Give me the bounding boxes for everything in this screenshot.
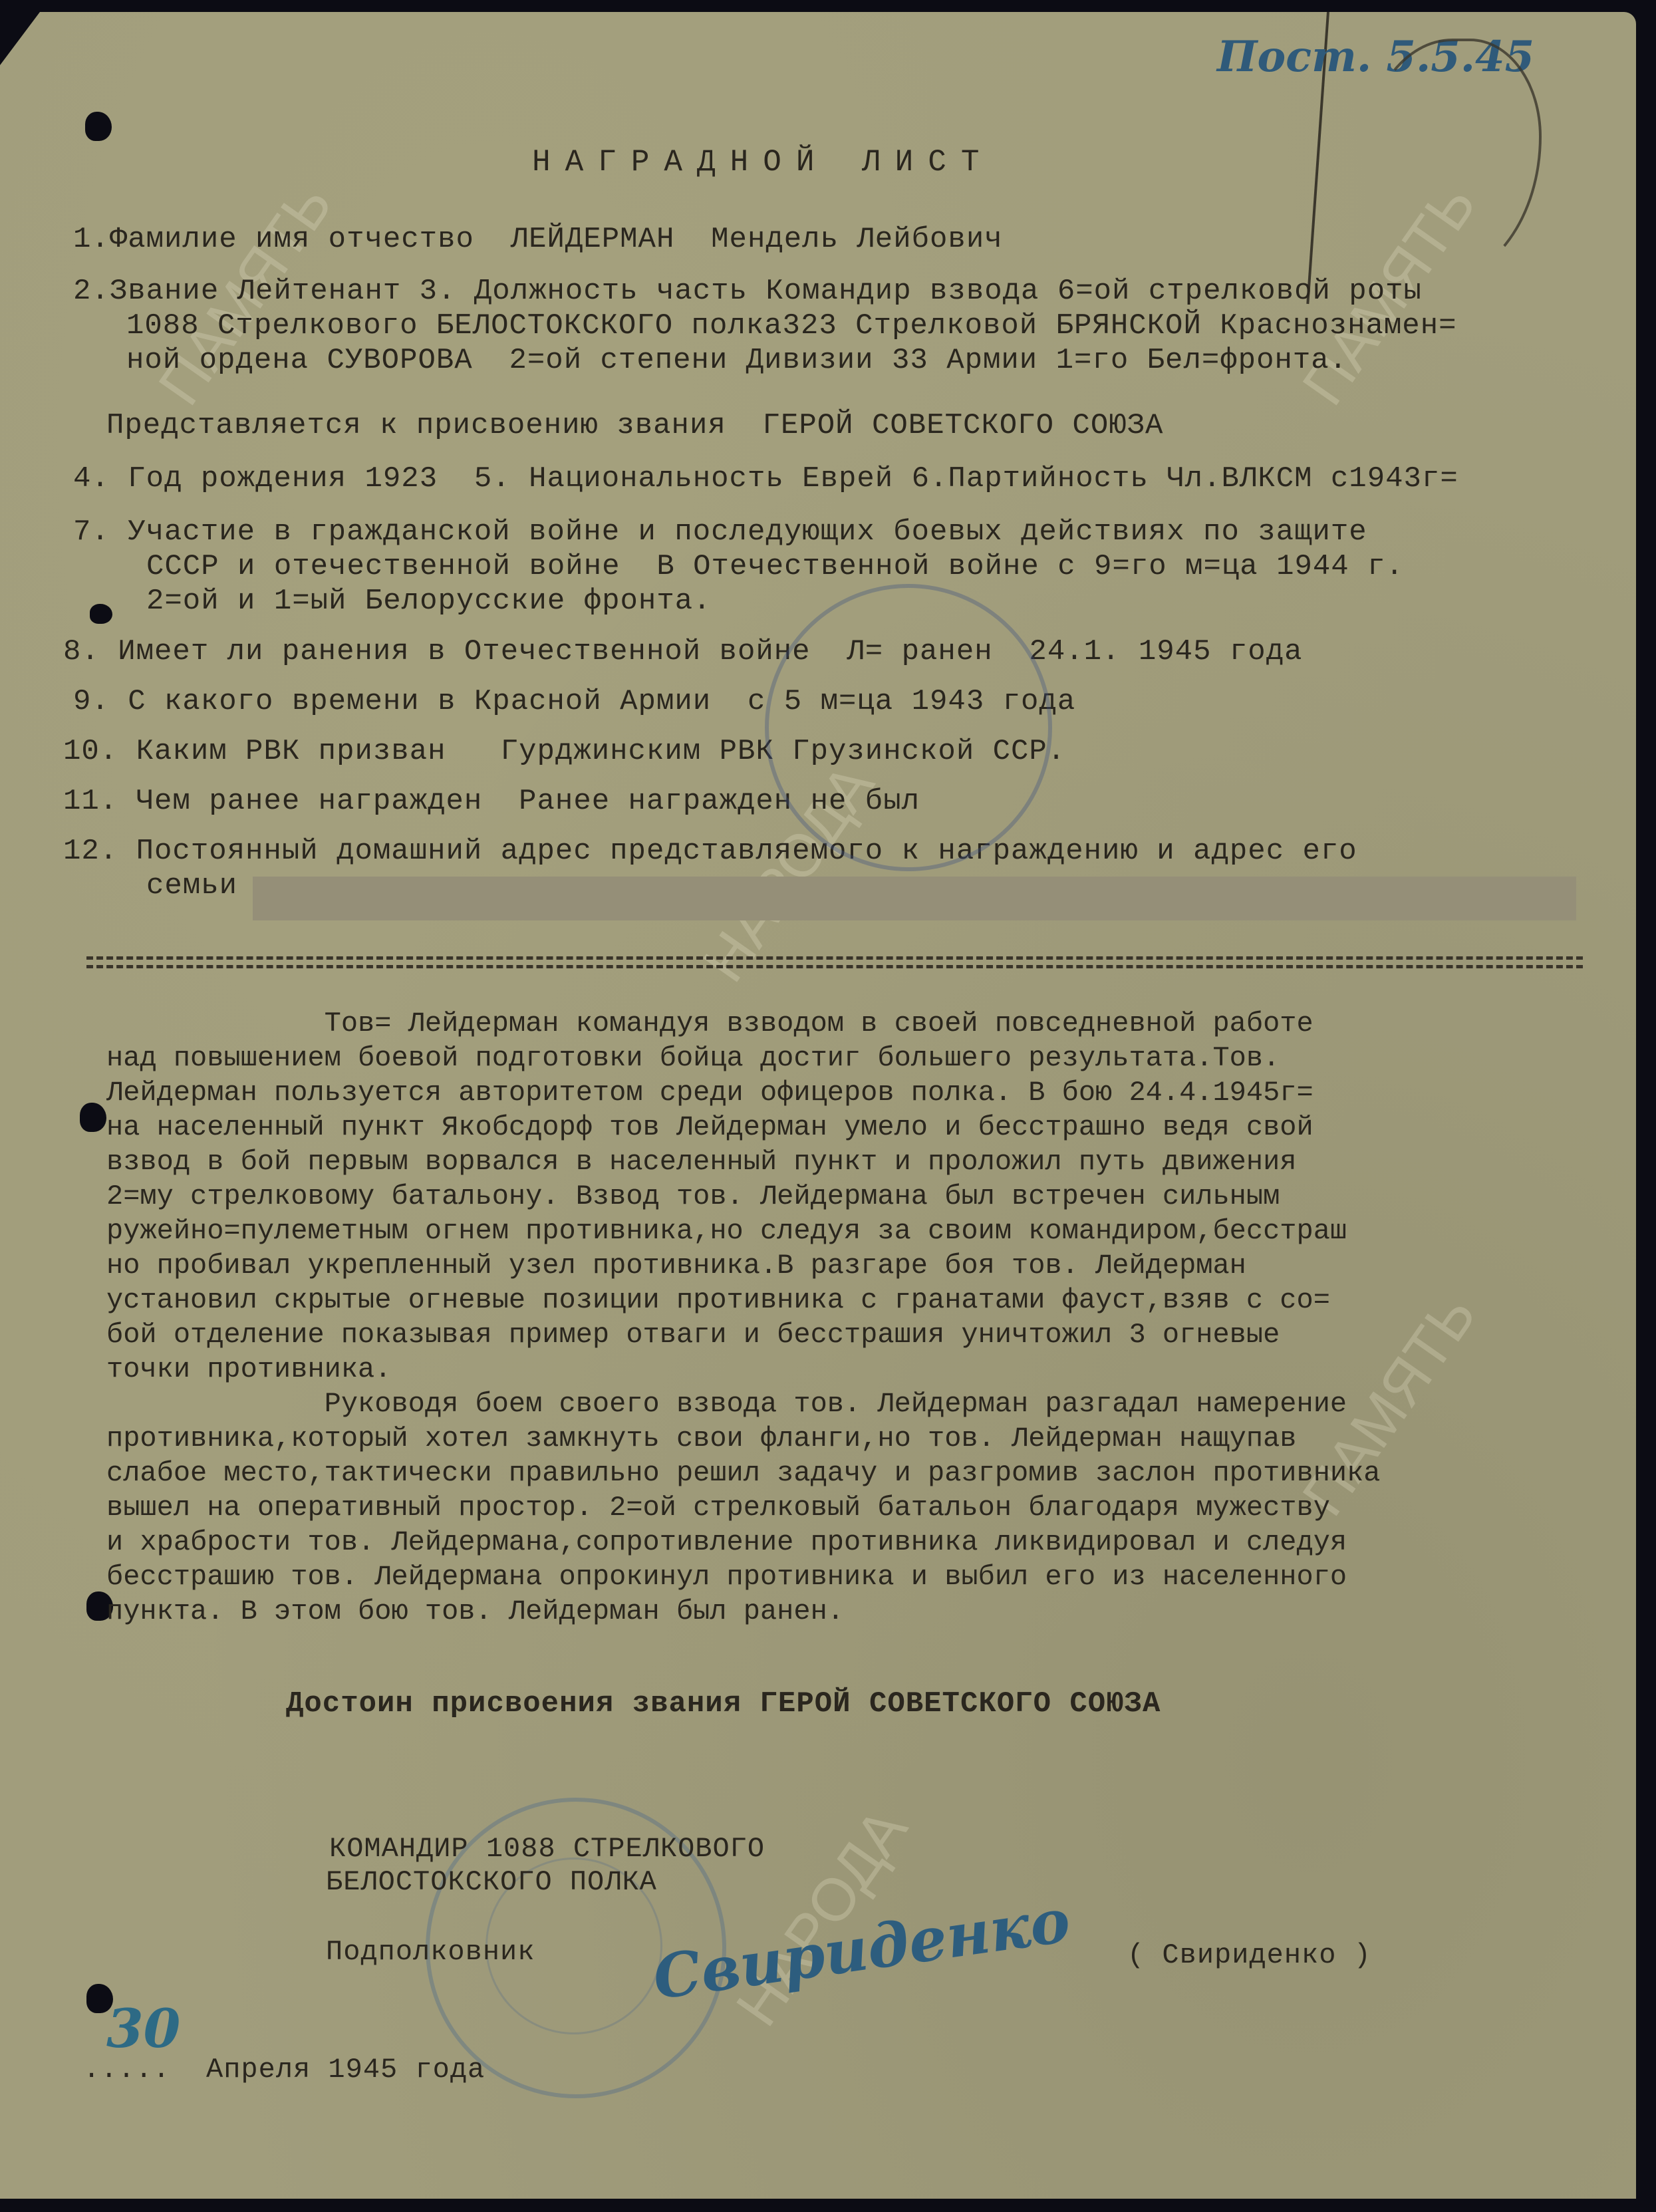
signatory-name: ( Свириденко ) <box>1127 1941 1371 1970</box>
signatory-title-line2: БЕЛОСТОКСКОГО ПОЛКА <box>326 1867 657 1897</box>
narrative-line: Тов= Лейдерман командуя взводом в своей … <box>106 1010 1313 1037</box>
field-line-4: 4. Год рождения 1923 5. Национальность Е… <box>73 464 1458 493</box>
date-dots: ..... <box>83 2055 170 2084</box>
narrative-line: 2=му стрелковому батальону. Взвод тов. Л… <box>106 1182 1280 1210</box>
narrative-line: Руководя боем своего взвода тов. Лейдерм… <box>106 1390 1347 1418</box>
field-line-8: 8. Имеет ли ранения в Отечественной войн… <box>63 637 1303 666</box>
field-line-12b: семьи <box>146 871 237 900</box>
page-title: НАГРАДНОЙ ЛИСТ <box>532 145 994 180</box>
narrative-line: бесстрашию тов. Лейдермана опрокинул про… <box>106 1563 1347 1591</box>
section-divider <box>86 956 1583 968</box>
date-text: Апреля 1945 года <box>206 2055 485 2084</box>
narrative-line: взвод в бой первым ворвался в населенный… <box>106 1148 1297 1176</box>
field-line-2b: 1088 Стрелкового БЕЛОСТОКСКОГО полка323 … <box>126 311 1457 341</box>
narrative-line: ружейно=пулеметным огнем противника,но с… <box>106 1217 1347 1245</box>
redacted-address <box>253 877 1576 920</box>
narrative-line: установил скрытые огневые позиции против… <box>106 1286 1330 1314</box>
narrative-line: но пробивал укрепленный узел противника.… <box>106 1252 1246 1280</box>
stamp <box>765 584 1052 871</box>
narrative-line: слабое место,тактически правильно решил … <box>106 1459 1381 1487</box>
narrative-line: на населенный пункт Якобсдорф тов Лейдер… <box>106 1113 1313 1141</box>
field-line-2c: ной ордена СУВОРОВА 2=ой степени Дивизии… <box>126 346 1347 375</box>
narrative-line: вышел на оперативный простор. 2=ой стрел… <box>106 1494 1330 1522</box>
field-line-7b: СССР и отечественной войне В Отечественн… <box>146 552 1404 581</box>
narrative-line: противника,который хотел замкнуть свои ф… <box>106 1425 1297 1452</box>
punch-hole <box>80 1103 106 1132</box>
narrative-line: Лейдерман пользуется авторитетом среди о… <box>106 1079 1313 1107</box>
field-line-7c: 2=ой и 1=ый Белорусские фронта. <box>146 587 712 616</box>
signatory-rank: Подполковник <box>326 1937 535 1967</box>
field-line-1: 1.Фамилие имя отчество ЛЕЙДЕРМАН Мендель… <box>73 225 1003 254</box>
field-line-2: 2.Звание Лейтенант 3. Должность часть Ко… <box>73 277 1422 306</box>
signatory-title-line1: КОМАНДИР 1088 СТРЕЛКОВОГО <box>329 1834 765 1864</box>
field-line-12: 12. Постоянный домашний адрес представля… <box>63 837 1357 866</box>
narrative-line: и храбрости тов. Лейдермана,сопротивлени… <box>106 1528 1347 1556</box>
date-day: 30 <box>106 1997 180 2060</box>
pencil-number-mark <box>1363 39 1542 283</box>
narrative-line: над повышением боевой подготовки бойца д… <box>106 1044 1280 1072</box>
narrative-line: точки противника. <box>106 1355 391 1383</box>
field-line-7: 7. Участие в гражданской войне и последу… <box>73 517 1367 547</box>
punch-hole <box>85 112 112 141</box>
conclusion: Достоин присвоения звания ГЕРОЙ СОВЕТСКО… <box>286 1689 1161 1719</box>
narrative-line: пункта. В этом бою тов. Лейдерман был ра… <box>106 1597 844 1625</box>
document-page: ПАМЯТЬ ПАМЯТЬ НАРОДА ПАМЯТЬ НАРОДА Пост.… <box>0 12 1636 2199</box>
punch-hole <box>90 604 112 624</box>
award-nomination-line: Представляется к присвоению звания ГЕРОЙ… <box>106 411 1163 440</box>
narrative-line: бой отделение показывая пример отваги и … <box>106 1321 1280 1349</box>
